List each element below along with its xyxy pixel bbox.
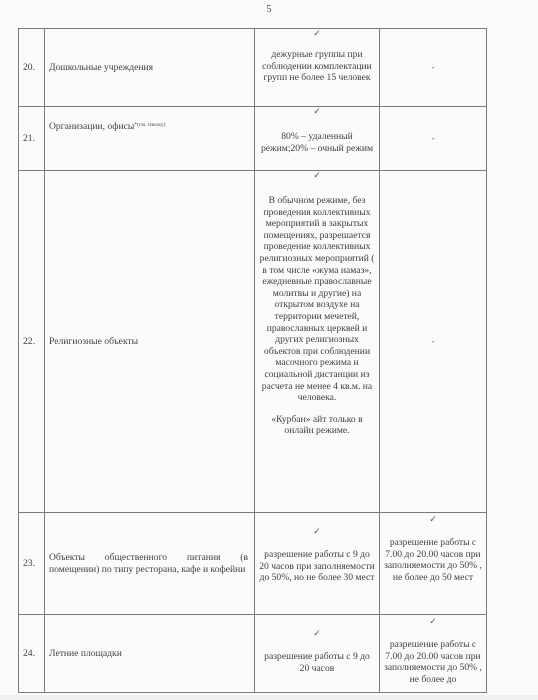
regime-cell-1: ✓ разрешение работы с 9 до 20 часов — [255, 615, 380, 693]
regime-cell-1: ✓ дежурные группы при соблюдении комплек… — [255, 29, 380, 107]
restrictions-table: 20. Дошкольные учреждения ✓ дежурные гру… — [18, 28, 487, 693]
checkmark-icon: ✓ — [259, 513, 375, 537]
footnote-reference: *(см. сноску) — [134, 122, 165, 128]
dash-text: - — [432, 133, 435, 143]
table-row: 21. Организации, офисы*(см. сноску) ✓ 80… — [19, 107, 487, 171]
row-number: 24. — [19, 615, 45, 693]
row-number: 21. — [19, 107, 45, 171]
regime-text: разрешение работы с 9 до 20 часов при за… — [259, 537, 375, 584]
table-row: 20. Дошкольные учреждения ✓ дежурные гру… — [19, 29, 487, 107]
checkmark-icon: ✓ — [259, 29, 375, 39]
row-number: 23. — [19, 513, 45, 615]
regime-cell-2: - — [380, 29, 487, 107]
row-number: 22. — [19, 171, 45, 513]
dash-text: - — [432, 336, 435, 346]
regime-text: дежурные группы при соблюдении комплекта… — [259, 39, 375, 84]
checkmark-icon: ✓ — [384, 513, 482, 525]
regime-text: разрешение работы с 7.00 до 20.00 часов … — [384, 627, 482, 685]
regime-text: 80% – удаленный режим;20% – очный режим — [259, 117, 375, 154]
page-number: 5 — [0, 4, 538, 15]
dash-text: - — [432, 62, 435, 72]
checkmark-icon: ✓ — [259, 107, 375, 117]
facility-name: Объекты общественного питания (в помещен… — [45, 513, 255, 615]
regime-cell-1: ✓ разрешение работы с 9 до 20 часов при … — [255, 513, 380, 615]
regime-cell-2: - — [380, 107, 487, 171]
regime-note: «Курбан» айт только в онлайн режиме. — [259, 414, 375, 437]
facility-name: Дошкольные учреждения — [45, 29, 255, 107]
facility-name: Организации, офисы — [49, 121, 134, 132]
regime-text: разрешение работы с 9 до 20 часов — [259, 639, 375, 674]
row-number: 20. — [19, 29, 45, 107]
regime-cell-2: ✓ разрешение работы с 7.00 до 20.00 часо… — [380, 615, 487, 693]
checkmark-icon: ✓ — [259, 615, 375, 639]
facility-name-cell: Организации, офисы*(см. сноску) — [45, 107, 255, 171]
regime-cell-1: ✓ 80% – удаленный режим;20% – очный режи… — [255, 107, 380, 171]
regime-cell-1: ✓ В обычном режиме, без проведения колле… — [255, 171, 380, 513]
regime-cell-2: - — [380, 171, 487, 513]
checkmark-icon: ✓ — [259, 171, 375, 181]
table-row: 24. Летние площадки ✓ разрешение работы … — [19, 615, 487, 693]
page-edge — [0, 695, 538, 700]
regime-text: В обычном режиме, без проведения коллект… — [259, 181, 375, 404]
checkmark-icon: ✓ — [384, 615, 482, 627]
regime-text: разрешение работы с 7.00 до 20.00 часов … — [384, 525, 482, 583]
facility-name: Религиозные объекты — [45, 171, 255, 513]
regime-cell-2: ✓ разрешение работы с 7.00 до 20.00 часо… — [380, 513, 487, 615]
facility-name: Летние площадки — [45, 615, 255, 693]
table-row: 22. Религиозные объекты ✓ В обычном режи… — [19, 171, 487, 513]
table-row: 23. Объекты общественного питания (в пом… — [19, 513, 487, 615]
